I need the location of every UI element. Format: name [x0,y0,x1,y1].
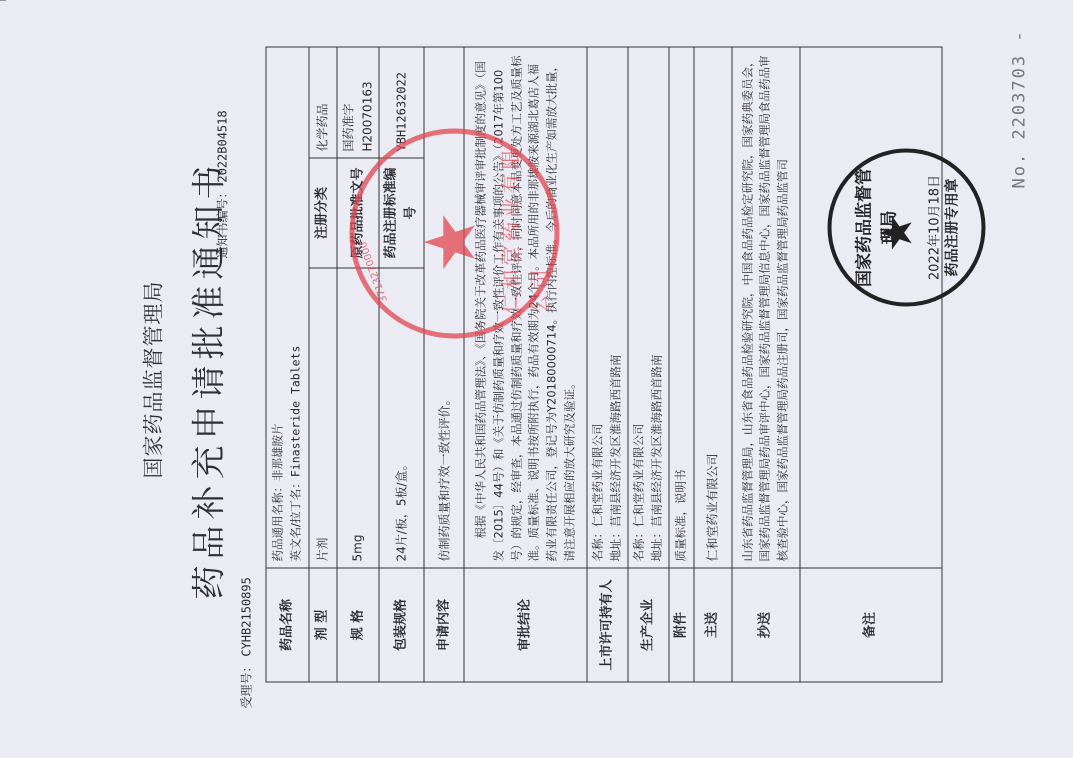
mah-address-label: 地址： [609,527,623,562]
english-name-value: Finasteride Tablets [289,346,303,478]
manufacturer-name-label: 名称： [632,527,646,562]
value-package: 24片/板，5板/盒。 [379,268,424,568]
label-dosage-form: 剂 型 [309,568,337,682]
value-dosage-form: 片剂 [309,268,337,568]
label-application: 申请内容 [424,568,464,682]
mah-name-label: 名称： [591,527,605,562]
row-drug-name: 药品名称 药品通用名称：非那雄胺片 英文名/拉丁名：Finasteride Ta… [266,47,309,682]
label-manufacturer: 生产企业 [628,568,669,682]
value-mah: 名称：仁和堂药业有限公司 地址：莒南县经济开发区淮海路西首路南 [587,47,628,568]
label-drug-name: 药品名称 [266,568,309,682]
mah-address: 莒南县经济开发区淮海路西首路南 [609,355,623,528]
row-recipient: 主送 仁和堂药业有限公司 [694,47,732,682]
value-manufacturer: 名称：仁和堂药业有限公司 地址：莒南县经济开发区淮海路西首路南 [628,47,669,568]
notice-label: 通知书编号： [216,186,230,258]
row-manufacturer: 生产企业 名称：仁和堂药业有限公司 地址：莒南县经济开发区淮海路西首路南 [628,47,669,682]
document-serial-number: No. 2203703 - [1010,29,1030,188]
value-application: 仿制药质量和疗效一致性评价。 [424,47,464,568]
row-attachments: 附件 质量标准，说明书 [669,47,694,682]
generic-name-value: 非那雄胺片 [271,424,285,482]
manufacturer-address: 莒南县经济开发区淮海路西首路南 [649,355,663,528]
notice-value: 2022B04518 [216,110,230,182]
value-registration-category: 化学药品 [309,47,337,158]
label-package: 包装规格 [379,568,424,682]
acceptance-label: 受理号： [240,660,254,708]
value-drug-name: 药品通用名称：非那雄胺片 英文名/拉丁名：Finasteride Tablets [266,47,309,568]
mah-name: 仁和堂药业有限公司 [591,424,605,528]
value-recipient: 仁和堂药业有限公司 [694,47,732,568]
notice-number: 通知书编号： 2022B04518 [214,110,231,258]
row-remarks: 备注 [800,47,942,682]
label-strength: 规 格 [337,568,379,682]
label-standard-no: 药品注册标准编号 [379,158,424,268]
row-cc: 抄送 山东省药品监督管理局，山东省食品药品检验研究院，中国食品药品检定研究院，国… [732,47,800,682]
value-attachments: 质量标准，说明书 [669,47,694,568]
row-package: 包装规格 24片/板，5板/盒。 药品注册标准编号 YBH12632022 [379,47,424,682]
english-name-label: 英文名/拉丁名： [289,477,303,561]
acceptance-number: 受理号： CYHB2150895 [238,577,255,708]
manufacturer-name: 仁和堂药业有限公司 [632,424,646,528]
label-mah: 上市许可持有人 [587,568,628,682]
row-conclusion: 审批结论 根据《中华人民共和国药品管理法》、《国务院关于改革药品医疗器械审评审批… [464,47,587,682]
official-seal-purpose: 药品注册专用章 [942,171,962,285]
value-standard-no: YBH12632022 [379,47,424,158]
value-conclusion: 根据《中华人民共和国药品管理法》、《国务院关于改革药品医疗器械审评审批制度的意见… [464,47,587,568]
value-original-approval-no: 国药准字H20070163 [337,47,379,158]
approval-table: 药品名称 药品通用名称：非那雄胺片 英文名/拉丁名：Finasteride Ta… [266,47,943,683]
value-cc: 山东省药品监督管理局，山东省食品药品检验研究院，中国食品药品检定研究院，国家药典… [732,47,800,568]
row-application: 申请内容 仿制药质量和疗效一致性评价。 [424,47,464,682]
acceptance-value: CYHB2150895 [240,577,254,656]
label-remarks: 备注 [800,568,942,682]
value-remarks [800,47,942,568]
approval-notice-document: 国家药品监督管理局 药品补充申请批准通知书 受理号： CYHB2150895 通… [0,1,1073,758]
row-mah: 上市许可持有人 名称：仁和堂药业有限公司 地址：莒南县经济开发区淮海路西首路南 [587,47,628,682]
issuing-organization: 国家药品监督管理局 [138,1,168,758]
label-cc: 抄送 [732,568,800,682]
label-attachments: 附件 [669,568,694,682]
row-strength: 规 格 5mg 原药品批准文号 国药准字H20070163 [337,47,379,682]
value-strength: 5mg [337,268,379,568]
label-recipient: 主送 [694,568,732,682]
generic-name-label: 药品通用名称： [271,481,285,562]
manufacturer-address-label: 地址： [649,527,663,562]
row-dosage-form: 剂 型 片剂 注册分类 化学药品 [309,47,337,682]
label-original-approval-no: 原药品批准文号 [337,158,379,268]
label-conclusion: 审批结论 [464,568,587,682]
label-registration-category: 注册分类 [309,158,337,268]
